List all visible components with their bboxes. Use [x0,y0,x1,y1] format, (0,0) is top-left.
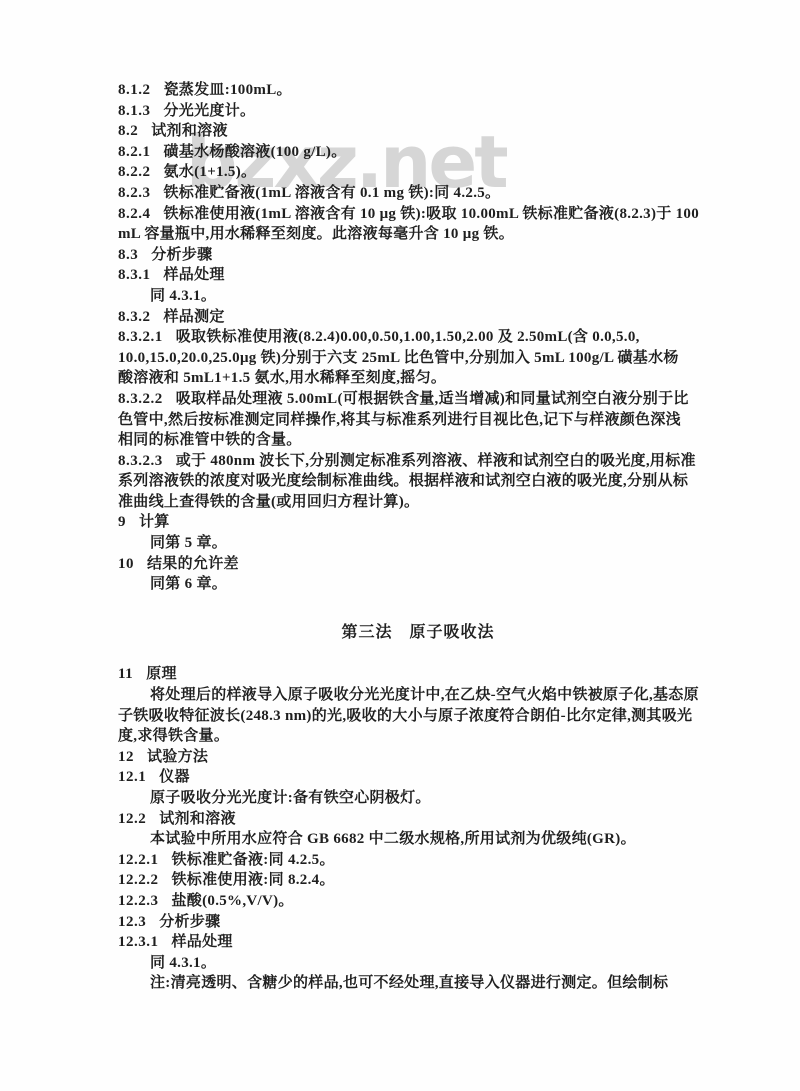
doc-line: 12.2.1铁标准贮备液:同 4.2.5。 [118,850,718,871]
line-text: 注:清亮透明、含糖少的样品,也可不经处理,直接导入仪器进行测定。但绘制标 [150,975,668,991]
doc-line: 色管中,然后按标准测定同样操作,将其与标准系列进行目视比色,记下与样液颜色深浅 [118,410,718,431]
clause-number: 8.2.1 [118,142,151,163]
doc-line: 酸溶液和 5mL1+1.5 氨水,用水稀释至刻度,摇匀。 [118,368,718,389]
line-text: 吸取铁标准使用液(8.2.4)0.00,0.50,1.00,1.50,2.00 … [176,329,640,345]
doc-line: 准曲线上查得铁的含量(或用回归方程计算)。 [118,492,718,513]
clause-number: 8.1.3 [118,101,151,122]
doc-line: 8.3.2.1吸取铁标准使用液(8.2.4)0.00,0.50,1.00,1.5… [118,327,718,348]
clause-number: 12.2 [118,809,146,830]
line-text: 计算 [139,514,170,530]
doc-line: 8.2.1磺基水杨酸溶液(100 g/L)。 [118,142,718,163]
line-text: 同第 5 章。 [150,535,227,551]
doc-line: 12.2.2铁标准使用液:同 8.2.4。 [118,870,718,891]
clause-heading: 12试验方法 [118,747,718,768]
clause-heading: 8.3.1样品处理 [118,265,718,286]
line-text: 铁标准使用液:同 8.2.4。 [172,872,335,888]
line-text: 系列溶液铁的浓度对吸光度绘制标准曲线。根据样液和试剂空白液的吸光度,分别从标 [118,473,688,489]
line-text: 或于 480nm 波长下,分别测定标准系列溶液、样液和试剂空白的吸光度,用标准 [176,453,696,469]
line-text: 铁标准贮备液(1mL 溶液含有 0.1 mg 铁):同 4.2.5。 [164,185,501,201]
doc-line: mL 容量瓶中,用水稀释至刻度。此溶液每毫升含 10 μg 铁。 [118,224,718,245]
doc-line: 8.3.2.3或于 480nm 波长下,分别测定标准系列溶液、样液和试剂空白的吸… [118,451,718,472]
doc-line: 8.2.2氨水(1+1.5)。 [118,162,718,183]
clause-number: 11 [118,664,133,685]
line-text: 铁标准贮备液:同 4.2.5。 [172,852,335,868]
clause-number: 10 [118,554,134,575]
document-page: bzxz.net 8.1.2瓷蒸发皿:100mL。8.1.3分光光度计。8.2试… [0,0,800,1091]
doc-line: 本试验中所用水应符合 GB 6682 中二级水规格,所用试剂为优级纯(GR)。 [118,829,718,850]
doc-line: 8.1.2瓷蒸发皿:100mL。 [118,80,718,101]
doc-line: 相同的标准管中铁的含量。 [118,430,718,451]
doc-line: 8.3.2.2吸取样品处理液 5.00mL(可根据铁含量,适当增减)和同量试剂空… [118,389,718,410]
line-text: 试验方法 [147,749,208,765]
line-text: 子铁吸收特征波长(248.3 nm)的光,吸收的大小与原子浓度符合朗伯-比尔定律… [118,708,692,724]
line-text: 将处理后的样液导入原子吸收分光光度计中,在乙炔-空气火焰中铁被原子化,基态原 [150,687,699,703]
doc-line: 同 4.3.1。 [118,286,718,307]
clause-number: 8.1.2 [118,80,151,101]
clause-number: 8.3.2.1 [118,327,163,348]
line-text: 样品处理 [164,267,225,283]
clause-number: 12.1 [118,767,146,788]
doc-line: 度,求得铁含量。 [118,726,718,747]
doc-line: 同第 6 章。 [118,574,718,595]
doc-line: 子铁吸收特征波长(248.3 nm)的光,吸收的大小与原子浓度符合朗伯-比尔定律… [118,706,718,727]
line-text: 相同的标准管中铁的含量。 [118,432,302,448]
clause-number: 12.3.1 [118,932,159,953]
clause-number: 8.2.2 [118,162,151,183]
clause-number: 8.3.2 [118,307,151,328]
doc-line: 8.1.3分光光度计。 [118,101,718,122]
line-text: 氨水(1+1.5)。 [164,164,257,180]
line-text: 第三法 原子吸收法 [341,624,494,641]
doc-line: 原子吸收分光光度计:备有铁空心阴极灯。 [118,788,718,809]
line-text: 准曲线上查得铁的含量(或用回归方程计算)。 [118,494,419,510]
line-text: 分析步骤 [151,247,212,263]
clause-number: 12.3 [118,912,146,933]
doc-line: 8.2.4铁标准使用液(1mL 溶液含有 10 μg 铁):吸取 10.00mL… [118,204,718,225]
line-text: 分析步骤 [159,914,220,930]
line-text: 样品处理 [172,934,233,950]
clause-heading: 12.2试剂和溶液 [118,809,718,830]
line-text: 同第 6 章。 [150,576,227,592]
doc-line: 系列溶液铁的浓度对吸光度绘制标准曲线。根据样液和试剂空白液的吸光度,分别从标 [118,471,718,492]
line-text: 铁标准使用液(1mL 溶液含有 10 μg 铁):吸取 10.00mL 铁标准贮… [164,206,700,222]
clause-heading: 8.2试剂和溶液 [118,121,718,142]
clause-number: 12 [118,747,134,768]
line-text: 原理 [146,666,177,682]
line-text: 样品测定 [164,309,225,325]
doc-line: 同 4.3.1。 [118,953,718,974]
line-text: 同 4.3.1。 [150,288,216,304]
doc-line: 将处理后的样液导入原子吸收分光光度计中,在乙炔-空气火焰中铁被原子化,基态原 [118,685,718,706]
line-text: 盐酸(0.5%,V/V)。 [172,893,294,909]
clause-number: 12.2.2 [118,870,159,891]
line-text: 试剂和溶液 [151,123,228,139]
line-text: 本试验中所用水应符合 GB 6682 中二级水规格,所用试剂为优级纯(GR)。 [150,831,636,847]
section-gap [118,595,718,623]
line-text: 分光光度计。 [164,103,256,119]
line-text: 结果的允许差 [147,556,239,572]
line-text: 吸取样品处理液 5.00mL(可根据铁含量,适当增减)和同量试剂空白液分别于比 [176,391,689,407]
clause-number: 9 [118,512,126,533]
clause-number: 8.3.2.2 [118,389,163,410]
doc-line: 注:清亮透明、含糖少的样品,也可不经处理,直接导入仪器进行测定。但绘制标 [118,973,718,994]
clause-heading: 10结果的允许差 [118,554,718,575]
clause-number: 8.3.1 [118,265,151,286]
clause-number: 8.2 [118,121,138,142]
clause-heading: 8.3分析步骤 [118,245,718,266]
line-text: 酸溶液和 5mL1+1.5 氨水,用水稀释至刻度,摇匀。 [118,370,446,386]
line-text: 试剂和溶液 [159,811,236,827]
clause-heading: 12.3分析步骤 [118,912,718,933]
line-text: 瓷蒸发皿:100mL。 [164,82,292,98]
document-content: 8.1.2瓷蒸发皿:100mL。8.1.3分光光度计。8.2试剂和溶液8.2.1… [118,80,718,994]
clause-heading: 12.3.1样品处理 [118,932,718,953]
line-text: mL 容量瓶中,用水稀释至刻度。此溶液每毫升含 10 μg 铁。 [118,226,514,242]
line-text: 10.0,15.0,20.0,25.0μg 铁)分别于六支 25mL 比色管中,… [118,350,679,366]
clause-heading: 11原理 [118,664,718,685]
line-text: 度,求得铁含量。 [118,728,229,744]
clause-number: 8.3.2.3 [118,451,163,472]
doc-line: 10.0,15.0,20.0,25.0μg 铁)分别于六支 25mL 比色管中,… [118,348,718,369]
clause-number: 8.3 [118,245,138,266]
section-title: 第三法 原子吸收法 [118,623,718,644]
line-text: 磺基水杨酸溶液(100 g/L)。 [164,144,347,160]
doc-line: 12.2.3盐酸(0.5%,V/V)。 [118,891,718,912]
clause-heading: 9计算 [118,512,718,533]
clause-number: 8.2.4 [118,204,151,225]
doc-line: 同第 5 章。 [118,533,718,554]
clause-heading: 8.3.2样品测定 [118,307,718,328]
line-text: 色管中,然后按标准测定同样操作,将其与标准系列进行目视比色,记下与样液颜色深浅 [118,412,681,428]
clause-number: 12.2.3 [118,891,159,912]
line-text: 原子吸收分光光度计:备有铁空心阴极灯。 [150,790,431,806]
clause-number: 8.2.3 [118,183,151,204]
doc-line: 8.2.3铁标准贮备液(1mL 溶液含有 0.1 mg 铁):同 4.2.5。 [118,183,718,204]
section-gap [118,643,718,664]
line-text: 同 4.3.1。 [150,955,216,971]
clause-heading: 12.1仪器 [118,767,718,788]
clause-number: 12.2.1 [118,850,159,871]
line-text: 仪器 [159,769,190,785]
